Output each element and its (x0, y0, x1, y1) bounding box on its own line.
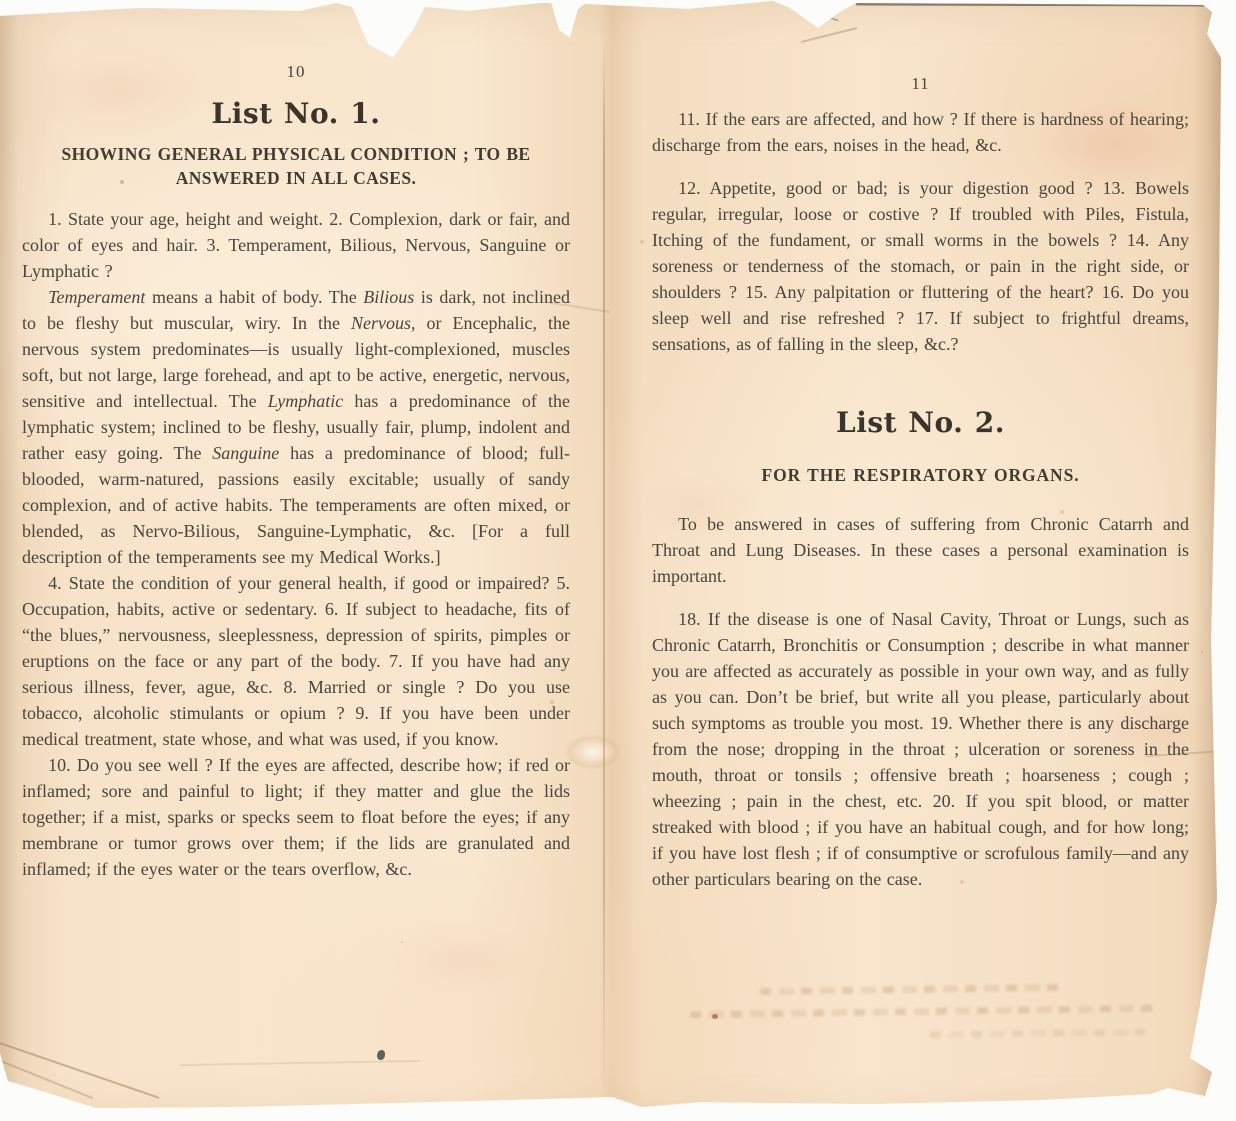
list-subheading: FOR THE RESPIRATORY ORGANS. (652, 463, 1189, 487)
paper-stain (390, 920, 530, 1000)
center-fold-knot (565, 735, 621, 769)
paragraph: 18. If the disease is one of Nasal Cavit… (652, 606, 1189, 892)
list-heading: List No. 1. (22, 98, 570, 130)
dogear-crease (0, 1058, 93, 1099)
paragraph: 11. If the ears are affected, and how ? … (652, 106, 1189, 158)
page-number: 10 (22, 62, 570, 82)
scanned-pamphlet-spread: 10 List No. 1.SHOWING GENERAL PHYSICAL C… (0, 0, 1236, 1121)
list-heading: List No. 2. (652, 407, 1189, 439)
ink-spot (377, 1050, 385, 1060)
top-edge-shadow (856, 3, 1206, 7)
paragraph: 12. Appetite, good or bad; is your diges… (652, 175, 1189, 357)
fold-crease (180, 1060, 420, 1066)
page-11: 11 11. If the ears are affected, and how… (652, 74, 1189, 909)
right-edge-shading (1192, 0, 1222, 1121)
list-subheading: SHOWING GENERAL PHYSICAL CONDITION ; TO … (22, 142, 570, 190)
top-flap-crease (779, 0, 839, 21)
paper-sheet: 10 List No. 1.SHOWING GENERAL PHYSICAL C… (0, 0, 1236, 1121)
paragraph: Temperament means a habit of body. The B… (22, 284, 570, 570)
page-10-content: List No. 1.SHOWING GENERAL PHYSICAL COND… (22, 98, 570, 882)
dogear-crease (0, 1040, 159, 1099)
center-fold-crease (603, 44, 605, 1094)
showthrough-marks (690, 1005, 1160, 1019)
paragraph: To be answered in cases of suffering fro… (652, 511, 1189, 589)
ink-speck (712, 1014, 718, 1019)
paragraph: 1. State your age, height and weight. 2.… (22, 206, 570, 284)
showthrough-marks (760, 984, 1060, 995)
paragraph: 4. State the condition of your general h… (22, 570, 570, 752)
paragraph: 10. Do you see well ? If the eyes are af… (22, 752, 570, 882)
top-flap-crease (801, 27, 858, 43)
page-11-content: 11. If the ears are affected, and how ? … (652, 106, 1189, 892)
page-10: 10 List No. 1.SHOWING GENERAL PHYSICAL C… (22, 62, 570, 882)
showthrough-marks (930, 1028, 1145, 1038)
left-edge-shading (0, 0, 18, 1121)
page-number: 11 (652, 74, 1189, 94)
